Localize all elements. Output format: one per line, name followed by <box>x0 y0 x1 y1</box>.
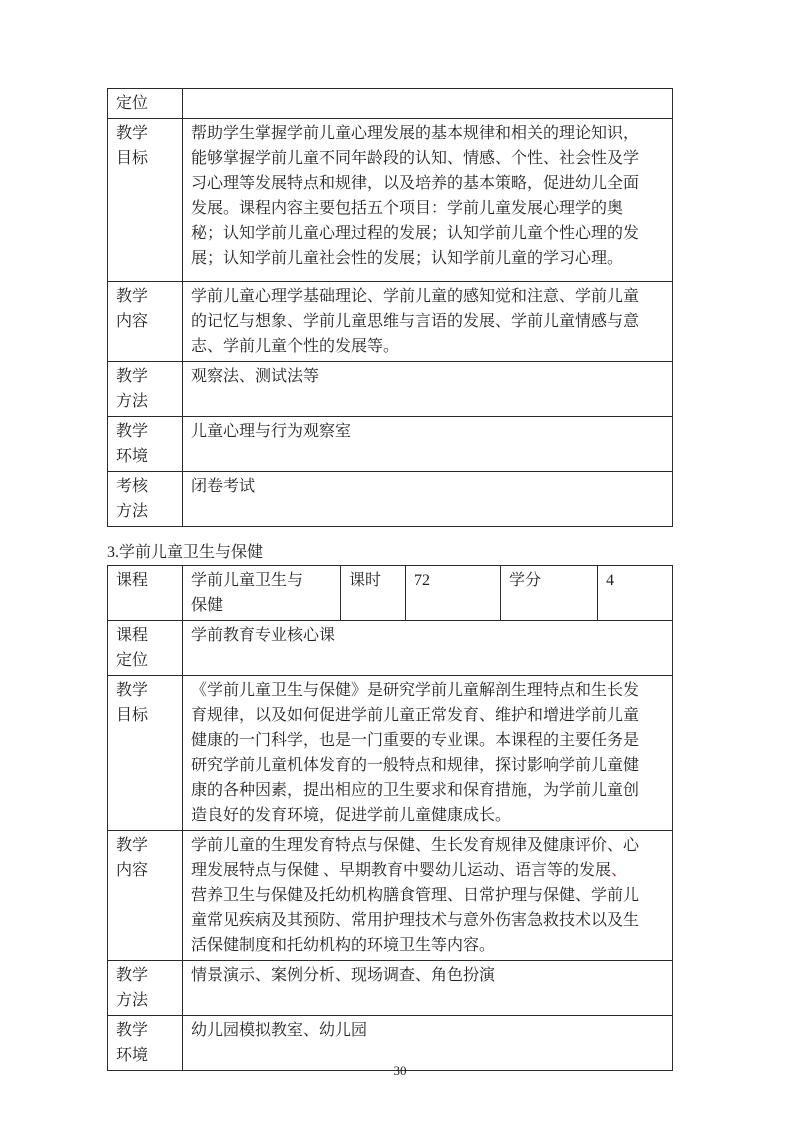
row-content-cell: 情景演示、案例分析、现场调查、角色扮演 <box>183 961 673 1016</box>
course-name-cell: 学前儿童卫生与 保健 <box>183 566 341 621</box>
row-content-cell: 学前儿童的生理发育特点与保健、生长发育规律及健康评价、心 理发展特点与保健 、早… <box>183 831 673 961</box>
row-content-cell: 闭卷考试 <box>183 472 673 527</box>
section-heading: 3.学前儿童卫生与保健 <box>107 540 263 565</box>
page-number: 30 <box>0 1063 800 1078</box>
table-row-teaching-environment: 教学 环境 儿童心理与行为观察室 <box>108 417 673 472</box>
row-label-cell: 教学 内容 <box>108 831 183 961</box>
row-content-cell: 学前儿童心理学基础理论、学前儿童的感知觉和注意、学前儿童 的记忆与想象、学前儿童… <box>183 282 673 362</box>
row-content-cell <box>183 89 673 119</box>
row-content-cell: 《学前儿童卫生与保健》是研究学前儿童解剖生理特点和生长发 育规律，以及如何促进学… <box>183 676 673 831</box>
hours-value-cell: 72 <box>406 566 501 621</box>
row-content-cell: 帮助学生掌握学前儿童心理发展的基本规律和相关的理论知识， 能够掌握学前儿童不同年… <box>183 119 673 282</box>
table-row-teaching-goals: 教学 目标 帮助学生掌握学前儿童心理发展的基本规律和相关的理论知识， 能够掌握学… <box>108 119 673 282</box>
row-label-cell: 考核 方法 <box>108 472 183 527</box>
row-label-cell: 教学 目标 <box>108 119 183 282</box>
table-row-course-header: 课程 学前儿童卫生与 保健 课时 72 学分 4 <box>108 566 673 621</box>
row-content-cell: 学前教育专业核心课 <box>183 621 673 676</box>
row-label-cell: 教学 内容 <box>108 282 183 362</box>
course-table-psychology: 定位 教学 目标 帮助学生掌握学前儿童心理发展的基本规律和相关的理论知识， 能够… <box>107 88 673 527</box>
table-row-course-positioning: 课程 定位 学前教育专业核心课 <box>108 621 673 676</box>
row-label-cell: 教学 方法 <box>108 362 183 417</box>
content-text-part2: 营养卫生与保健及托幼机构膳食管理、日常护理与保健、学前儿 童常见疾病及其预防、常… <box>191 887 639 954</box>
table-row-teaching-content: 教学 内容 学前儿童的生理发育特点与保健、生长发育规律及健康评价、心 理发展特点… <box>108 831 673 961</box>
table-row-positioning: 定位 <box>108 89 673 119</box>
course-label-cell: 课程 <box>108 566 183 621</box>
document-page: 定位 教学 目标 帮助学生掌握学前儿童心理发展的基本规律和相关的理论知识， 能够… <box>0 0 800 1129</box>
course-table-health-care: 课程 学前儿童卫生与 保健 课时 72 学分 4 课程 定位 学前教育专业核心课… <box>107 565 673 1071</box>
table-row-teaching-content: 教学 内容 学前儿童心理学基础理论、学前儿童的感知觉和注意、学前儿童 的记忆与想… <box>108 282 673 362</box>
row-label-cell: 课程 定位 <box>108 621 183 676</box>
hours-label-cell: 课时 <box>341 566 406 621</box>
row-content-cell: 儿童心理与行为观察室 <box>183 417 673 472</box>
credits-label-cell: 学分 <box>501 566 598 621</box>
row-content-cell: 观察法、测试法等 <box>183 362 673 417</box>
row-label-cell: 教学 目标 <box>108 676 183 831</box>
table-row-assessment-method: 考核 方法 闭卷考试 <box>108 472 673 527</box>
row-label-cell: 教学 方法 <box>108 961 183 1016</box>
row-label-cell: 定位 <box>108 89 183 119</box>
table-row-teaching-goals: 教学 目标 《学前儿童卫生与保健》是研究学前儿童解剖生理特点和生长发 育规律，以… <box>108 676 673 831</box>
credits-value-cell: 4 <box>598 566 673 621</box>
content-text-part1: 学前儿童的生理发育特点与保健、生长发育规律及健康评价、心 理发展特点与保健 、早… <box>191 837 639 879</box>
table-row-teaching-methods: 教学 方法 观察法、测试法等 <box>108 362 673 417</box>
red-comma-mark: 、 <box>611 862 627 879</box>
row-label-cell: 教学 环境 <box>108 417 183 472</box>
table-row-teaching-methods: 教学 方法 情景演示、案例分析、现场调查、角色扮演 <box>108 961 673 1016</box>
